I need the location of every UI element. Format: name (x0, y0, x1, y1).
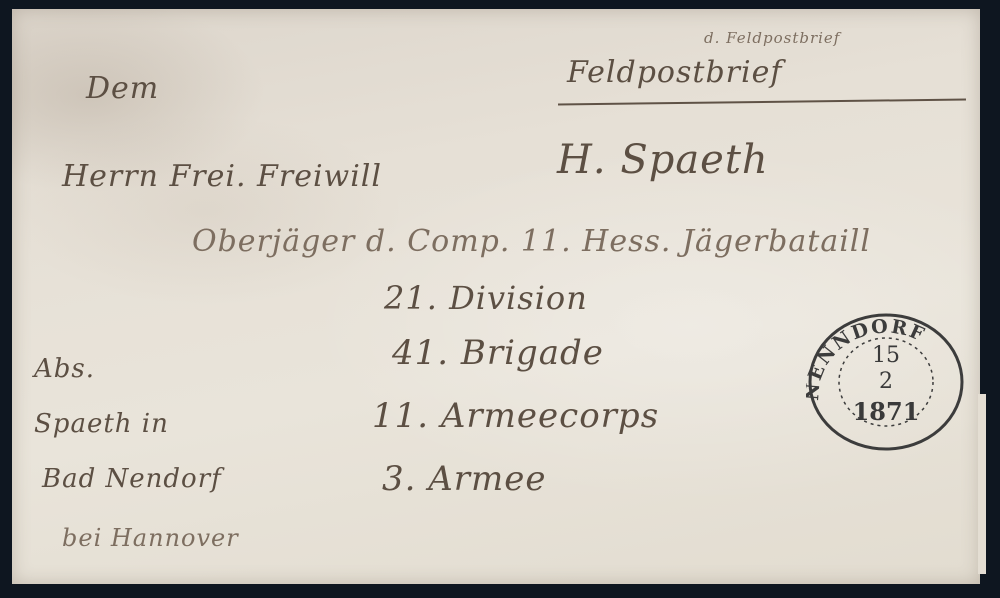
postmark-stamp: NENNDORF 15 2 1871 (806, 311, 966, 453)
postmark-day: 15 (806, 343, 966, 368)
sender-line2: Spaeth in (34, 409, 169, 439)
address-line3-division: 21. Division (384, 279, 588, 317)
recipient-name: H. Spaeth (557, 137, 769, 183)
sender-line1: Abs. (34, 354, 95, 384)
sender-line3: Bad Nendorf (42, 464, 222, 494)
envelope: d. Feldpostbrief Feldpostbrief Dem Herrn… (12, 9, 980, 584)
address-line2-unit: Oberjäger d. Comp. 11. Hess. Jägerbatail… (192, 224, 871, 259)
salutation: Dem (86, 71, 159, 106)
envelope-flap-edge (978, 394, 986, 574)
sender-line4: bei Hannover (62, 524, 239, 552)
title-underline (558, 99, 966, 106)
annotation-feldpostbrief-small: d. Feldpostbrief (704, 29, 840, 47)
postmark-month: 2 (806, 369, 966, 394)
address-line4-brigade: 41. Brigade (392, 333, 604, 373)
address-line1-prefix: Herrn Frei. Freiwill (62, 159, 382, 194)
title-feldpostbrief: Feldpostbrief (567, 55, 782, 90)
postmark-year: 1871 (806, 397, 966, 426)
address-line6-armee: 3. Armee (382, 459, 547, 499)
address-line5-armeecorps: 11. Armeecorps (372, 396, 659, 436)
